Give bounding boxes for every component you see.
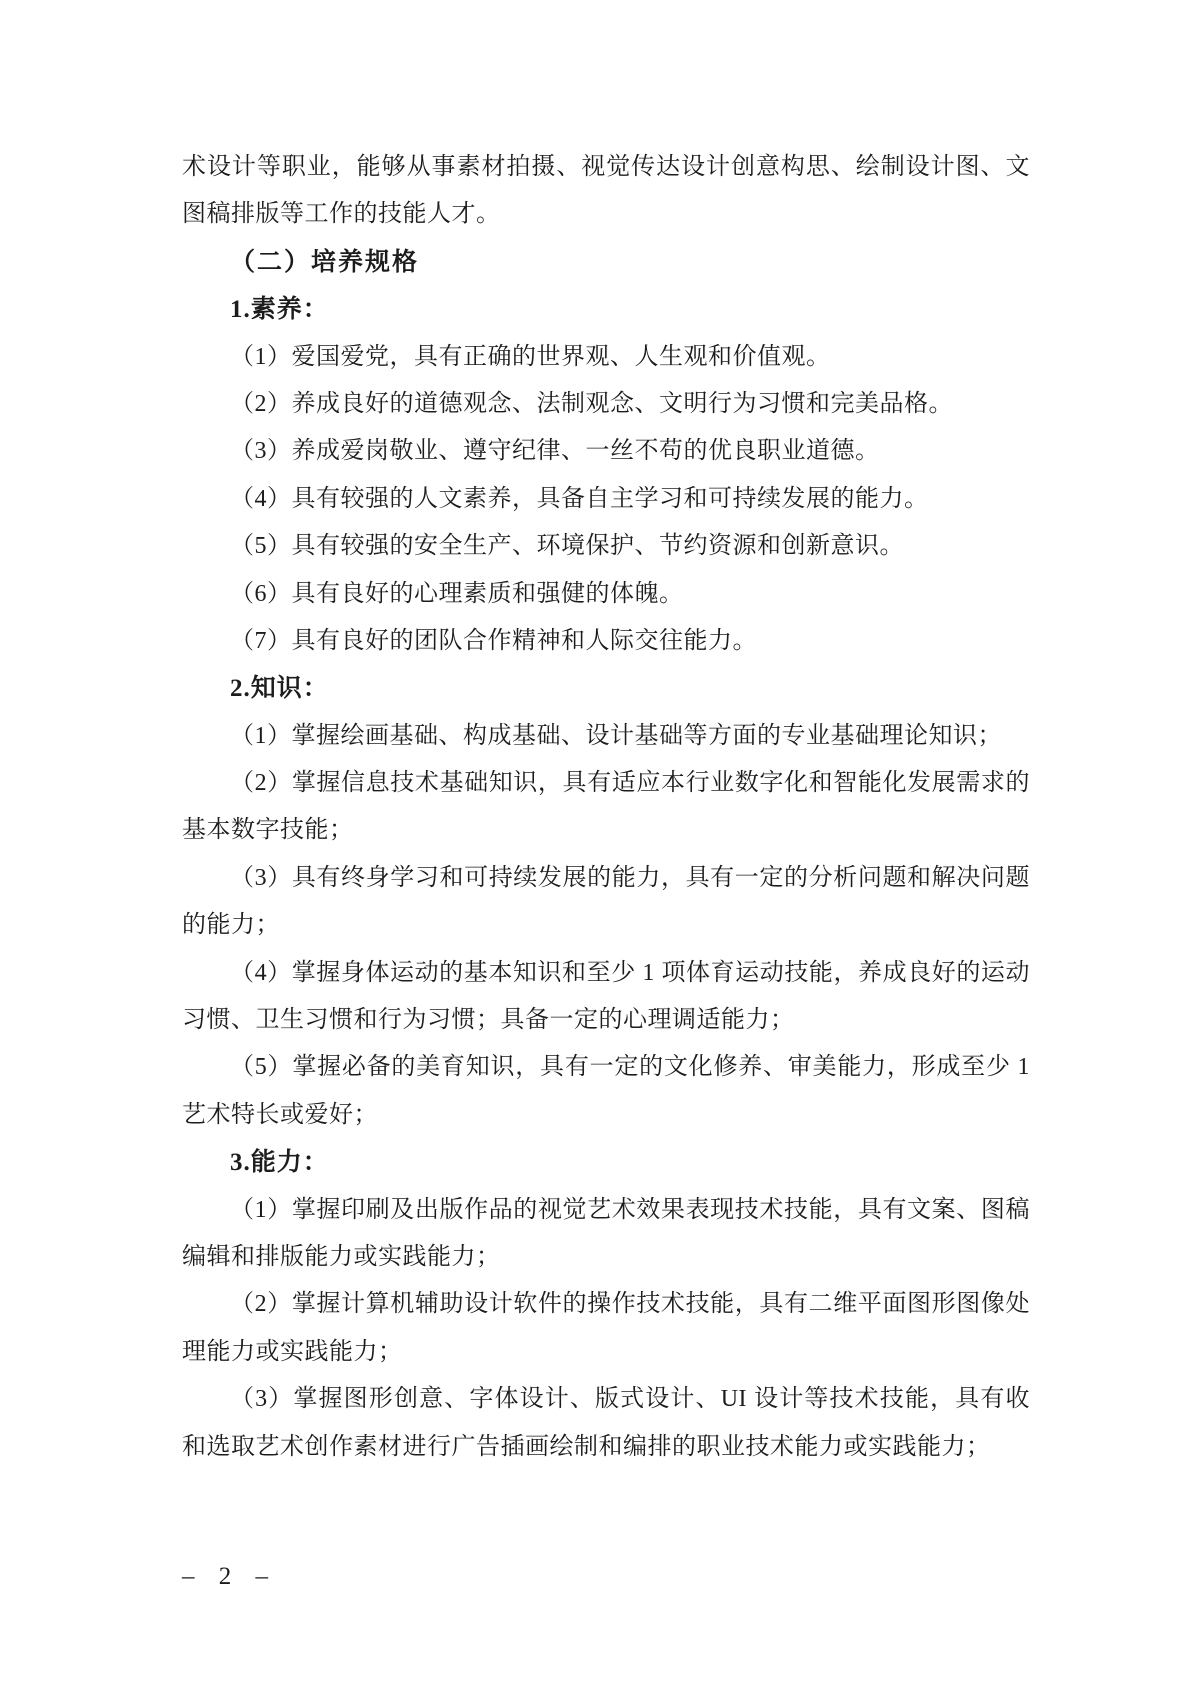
paragraph: （3）具有终身学习和可持续发展的能力，具有一定的分析问题和解决问题的能力； [182, 855, 1030, 950]
text-line: 3.能力： [182, 1139, 1030, 1186]
text-line: （5）具有较强的安全生产、环境保护、节约资源和创新意识。 [182, 523, 1030, 570]
text-line: （5）掌握必备的美育知识，具有一定的文化修养、审美能力，形成至少 1 项 [182, 1044, 1030, 1091]
text-line: （3）养成爱岗敬业、遵守纪律、一丝不苟的优良职业道德。 [182, 428, 1030, 475]
text-line: 术设计等职业，能够从事素材拍摄、视觉传达设计创意构思、绘制设计图、文案 [182, 144, 1030, 191]
document-content: 术设计等职业，能够从事素材拍摄、视觉传达设计创意构思、绘制设计图、文案图稿排版等… [182, 144, 1030, 1471]
text-line: （二）培养规格 [182, 239, 1030, 286]
text-line: 编辑和排版能力或实践能力； [182, 1234, 1030, 1281]
paragraph: 术设计等职业，能够从事素材拍摄、视觉传达设计创意构思、绘制设计图、文案图稿排版等… [182, 144, 1030, 239]
text-line: （1）掌握印刷及出版作品的视觉艺术效果表现技术技能，具有文案、图稿 [182, 1187, 1030, 1234]
paragraph: （4）掌握身体运动的基本知识和至少 1 项体育运动技能，养成良好的运动习惯、卫生… [182, 950, 1030, 1045]
paragraph: （1）掌握印刷及出版作品的视觉艺术效果表现技术技能，具有文案、图稿编辑和排版能力… [182, 1187, 1030, 1282]
section-heading: （二）培养规格 [182, 239, 1030, 286]
text-line: 基本数字技能； [182, 807, 1030, 854]
text-line: （6）具有良好的心理素质和强健的体魄。 [182, 571, 1030, 618]
document-page: 术设计等职业，能够从事素材拍摄、视觉传达设计创意构思、绘制设计图、文案图稿排版等… [0, 0, 1191, 1684]
paragraph: （1）爱国爱党，具有正确的世界观、人生观和价值观。 [182, 334, 1030, 381]
paragraph: （3）养成爱岗敬业、遵守纪律、一丝不苟的优良职业道德。 [182, 428, 1030, 475]
text-line: （7）具有良好的团队合作精神和人际交往能力。 [182, 618, 1030, 665]
text-line: 的能力； [182, 902, 1030, 949]
paragraph: （1）掌握绘画基础、构成基础、设计基础等方面的专业基础理论知识； [182, 713, 1030, 760]
text-line: 和选取艺术创作素材进行广告插画绘制和编排的职业技术能力或实践能力； [182, 1424, 1030, 1471]
page-number: – 2 – [182, 1560, 277, 1593]
paragraph: （6）具有良好的心理素质和强健的体魄。 [182, 571, 1030, 618]
text-line: （4）掌握身体运动的基本知识和至少 1 项体育运动技能，养成良好的运动 [182, 950, 1030, 997]
text-line: （2）掌握计算机辅助设计软件的操作技术技能，具有二维平面图形图像处 [182, 1281, 1030, 1328]
text-line: 理能力或实践能力； [182, 1329, 1030, 1376]
text-line: （1）掌握绘画基础、构成基础、设计基础等方面的专业基础理论知识； [182, 713, 1030, 760]
paragraph: （3）掌握图形创意、字体设计、版式设计、UI 设计等技术技能，具有收集和选取艺术… [182, 1376, 1030, 1471]
text-line: （2）掌握信息技术基础知识，具有适应本行业数字化和智能化发展需求的 [182, 760, 1030, 807]
paragraph: （4）具有较强的人文素养，具备自主学习和可持续发展的能力。 [182, 476, 1030, 523]
text-line: 图稿排版等工作的技能人才。 [182, 191, 1030, 238]
paragraph: （7）具有良好的团队合作精神和人际交往能力。 [182, 618, 1030, 665]
text-line: （4）具有较强的人文素养，具备自主学习和可持续发展的能力。 [182, 476, 1030, 523]
paragraph: （5）具有较强的安全生产、环境保护、节约资源和创新意识。 [182, 523, 1030, 570]
paragraph: （5）掌握必备的美育知识，具有一定的文化修养、审美能力，形成至少 1 项艺术特长… [182, 1044, 1030, 1139]
paragraph: （2）掌握计算机辅助设计软件的操作技术技能，具有二维平面图形图像处理能力或实践能… [182, 1281, 1030, 1376]
text-line: （3）具有终身学习和可持续发展的能力，具有一定的分析问题和解决问题 [182, 855, 1030, 902]
paragraph: （2）掌握信息技术基础知识，具有适应本行业数字化和智能化发展需求的基本数字技能； [182, 760, 1030, 855]
subsection-heading: 2.知识： [182, 665, 1030, 712]
subsection-heading: 3.能力： [182, 1139, 1030, 1186]
paragraph: （2）养成良好的道德观念、法制观念、文明行为习惯和完美品格。 [182, 381, 1030, 428]
text-line: 1.素养： [182, 286, 1030, 333]
text-line: （3）掌握图形创意、字体设计、版式设计、UI 设计等技术技能，具有收集 [182, 1376, 1030, 1423]
text-line: 习惯、卫生习惯和行为习惯；具备一定的心理调适能力； [182, 997, 1030, 1044]
text-line: （1）爱国爱党，具有正确的世界观、人生观和价值观。 [182, 334, 1030, 381]
text-line: 艺术特长或爱好； [182, 1092, 1030, 1139]
text-line: （2）养成良好的道德观念、法制观念、文明行为习惯和完美品格。 [182, 381, 1030, 428]
subsection-heading: 1.素养： [182, 286, 1030, 333]
text-line: 2.知识： [182, 665, 1030, 712]
